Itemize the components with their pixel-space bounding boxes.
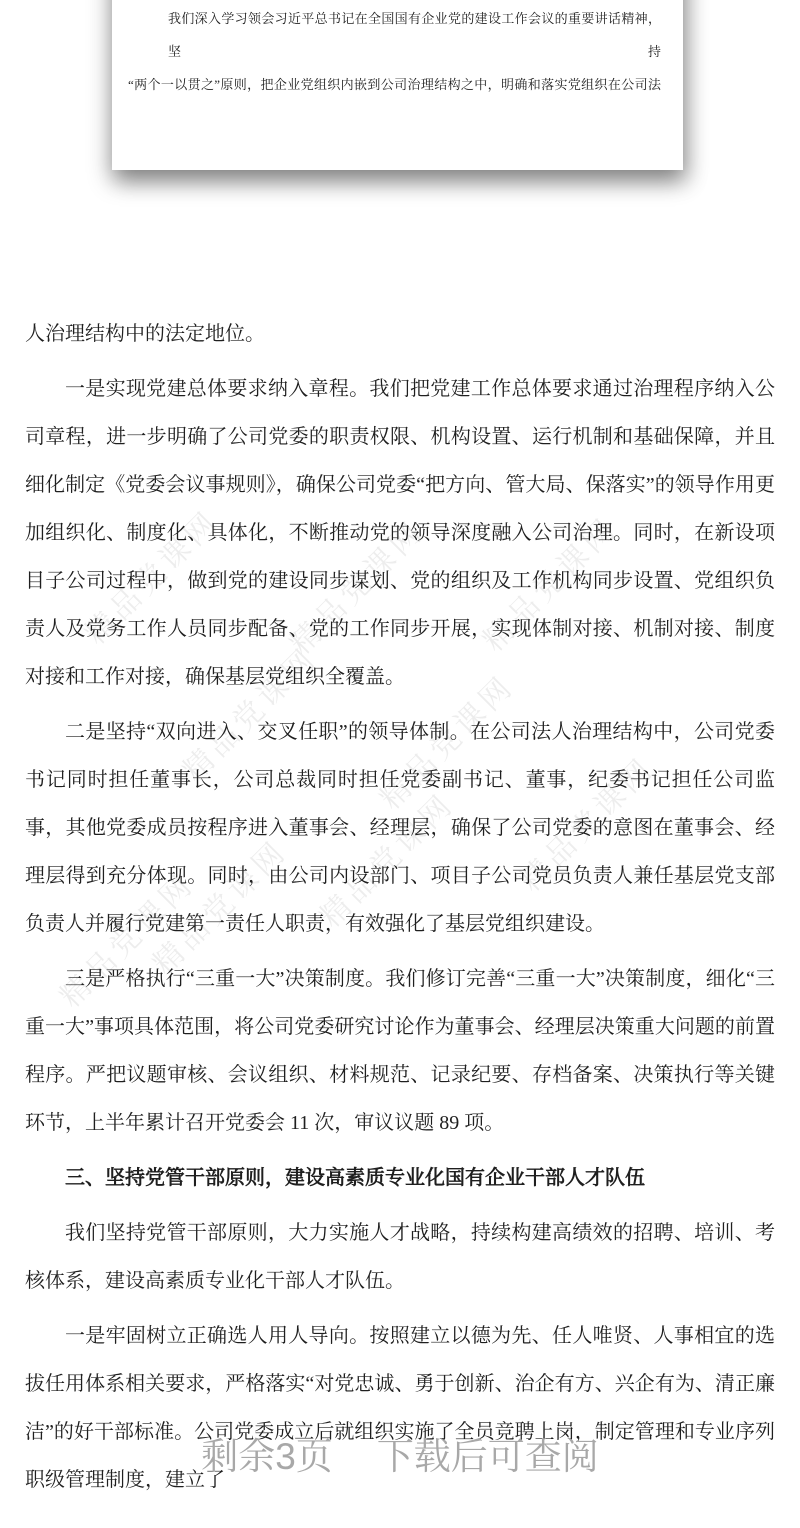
paragraph: 我们坚持党管干部原则，大力实施人才战略，持续构建高绩效的招聘、培训、考核体系，建…	[25, 1209, 775, 1305]
remaining-pages-footer[interactable]: 剩余3页下载后可查阅	[0, 1426, 800, 1480]
paragraph: 一是实现党建总体要求纳入章程。我们把党建工作总体要求通过治理程序纳入公司章程，进…	[25, 365, 775, 701]
previous-page-text-line: 我们深入学习领会习近平总书记在全国国有企业党的建设工作会议的重要讲话精神，坚持	[128, 2, 661, 68]
download-hint-label: 下载后可查阅	[377, 1436, 599, 1477]
document-preview-page: { "watermark": { "text": "精品党课网", "color…	[0, 0, 800, 1528]
paragraph: 二是坚持“双向进入、交叉任职”的领导体制。在公司法人治理结构中，公司党委书记同时…	[25, 708, 775, 948]
paragraph: 三是严格执行“三重一大”决策制度。我们修订完善“三重一大”决策制度，细化“三重一…	[25, 955, 775, 1147]
paragraph: 人治理结构中的法定地位。	[25, 310, 775, 358]
remaining-pages-label: 剩余3页	[201, 1436, 333, 1477]
previous-page-text-line: “两个一以贯之”原则，把企业党组织内嵌到公司治理结构之中，明确和落实党组织在公司…	[128, 68, 661, 101]
section-heading: 三、坚持党管干部原则，建设高素质专业化国有企业干部人才队伍	[25, 1154, 775, 1202]
document-text-body: 人治理结构中的法定地位。一是实现党建总体要求纳入章程。我们把党建工作总体要求通过…	[0, 310, 800, 1511]
previous-page-card: 我们深入学习领会习近平总书记在全国国有企业党的建设工作会议的重要讲话精神，坚持 …	[112, 0, 683, 170]
preview-stage: 精品党课网精品党课网精品党课网精品党课网精品党课网精品党课网精品党课网精品党课网…	[0, 0, 800, 1528]
